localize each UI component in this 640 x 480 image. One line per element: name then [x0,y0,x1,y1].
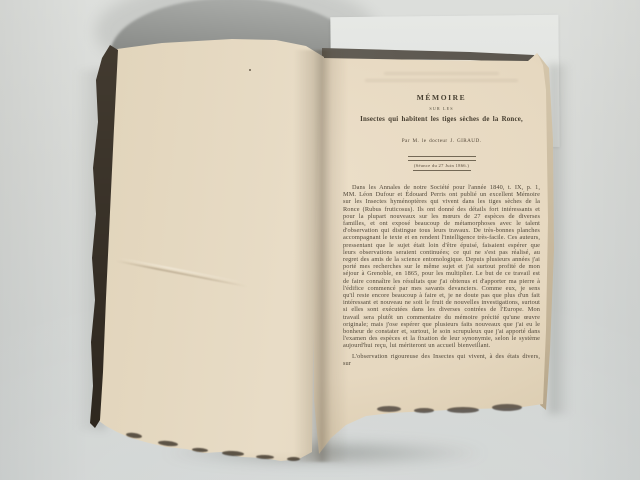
memoir-title: Insectes qui habitent les tiges sèches d… [343,116,540,123]
show-through-line [365,79,519,82]
session-note: (Séance du 27 Juin 1866.) [343,163,540,168]
gutter-shadow [294,50,348,462]
paragraph: Dans les Annales de notre Société pour l… [343,184,540,350]
single-rule [413,170,471,171]
memoir-heading: MÉMOIRE [343,93,540,102]
bottom-wear-mark [492,404,522,411]
author-byline: Par M. le docteur J. GIRAUD. [343,138,540,144]
bottom-wear-mark [414,408,434,413]
bottom-wear-mark [377,406,401,412]
double-rule [408,156,476,161]
bottom-wear-mark [447,407,479,413]
paper-speck [249,69,251,71]
paragraph: L'observation rigoureuse des Insectes qu… [343,353,540,367]
show-through-line [384,72,498,75]
body-text: Dans les Annales de notre Société pour l… [343,184,540,367]
memoir-subheading: SUR LES [343,106,540,111]
title-page-content: MÉMOIRE SUR LES Insectes qui habitent le… [343,68,540,370]
session-note-block: (Séance du 27 Juin 1866.) [343,156,540,171]
torn-edge-fragment [287,457,300,461]
book-photo: MÉMOIRE SUR LES Insectes qui habitent le… [0,0,640,480]
